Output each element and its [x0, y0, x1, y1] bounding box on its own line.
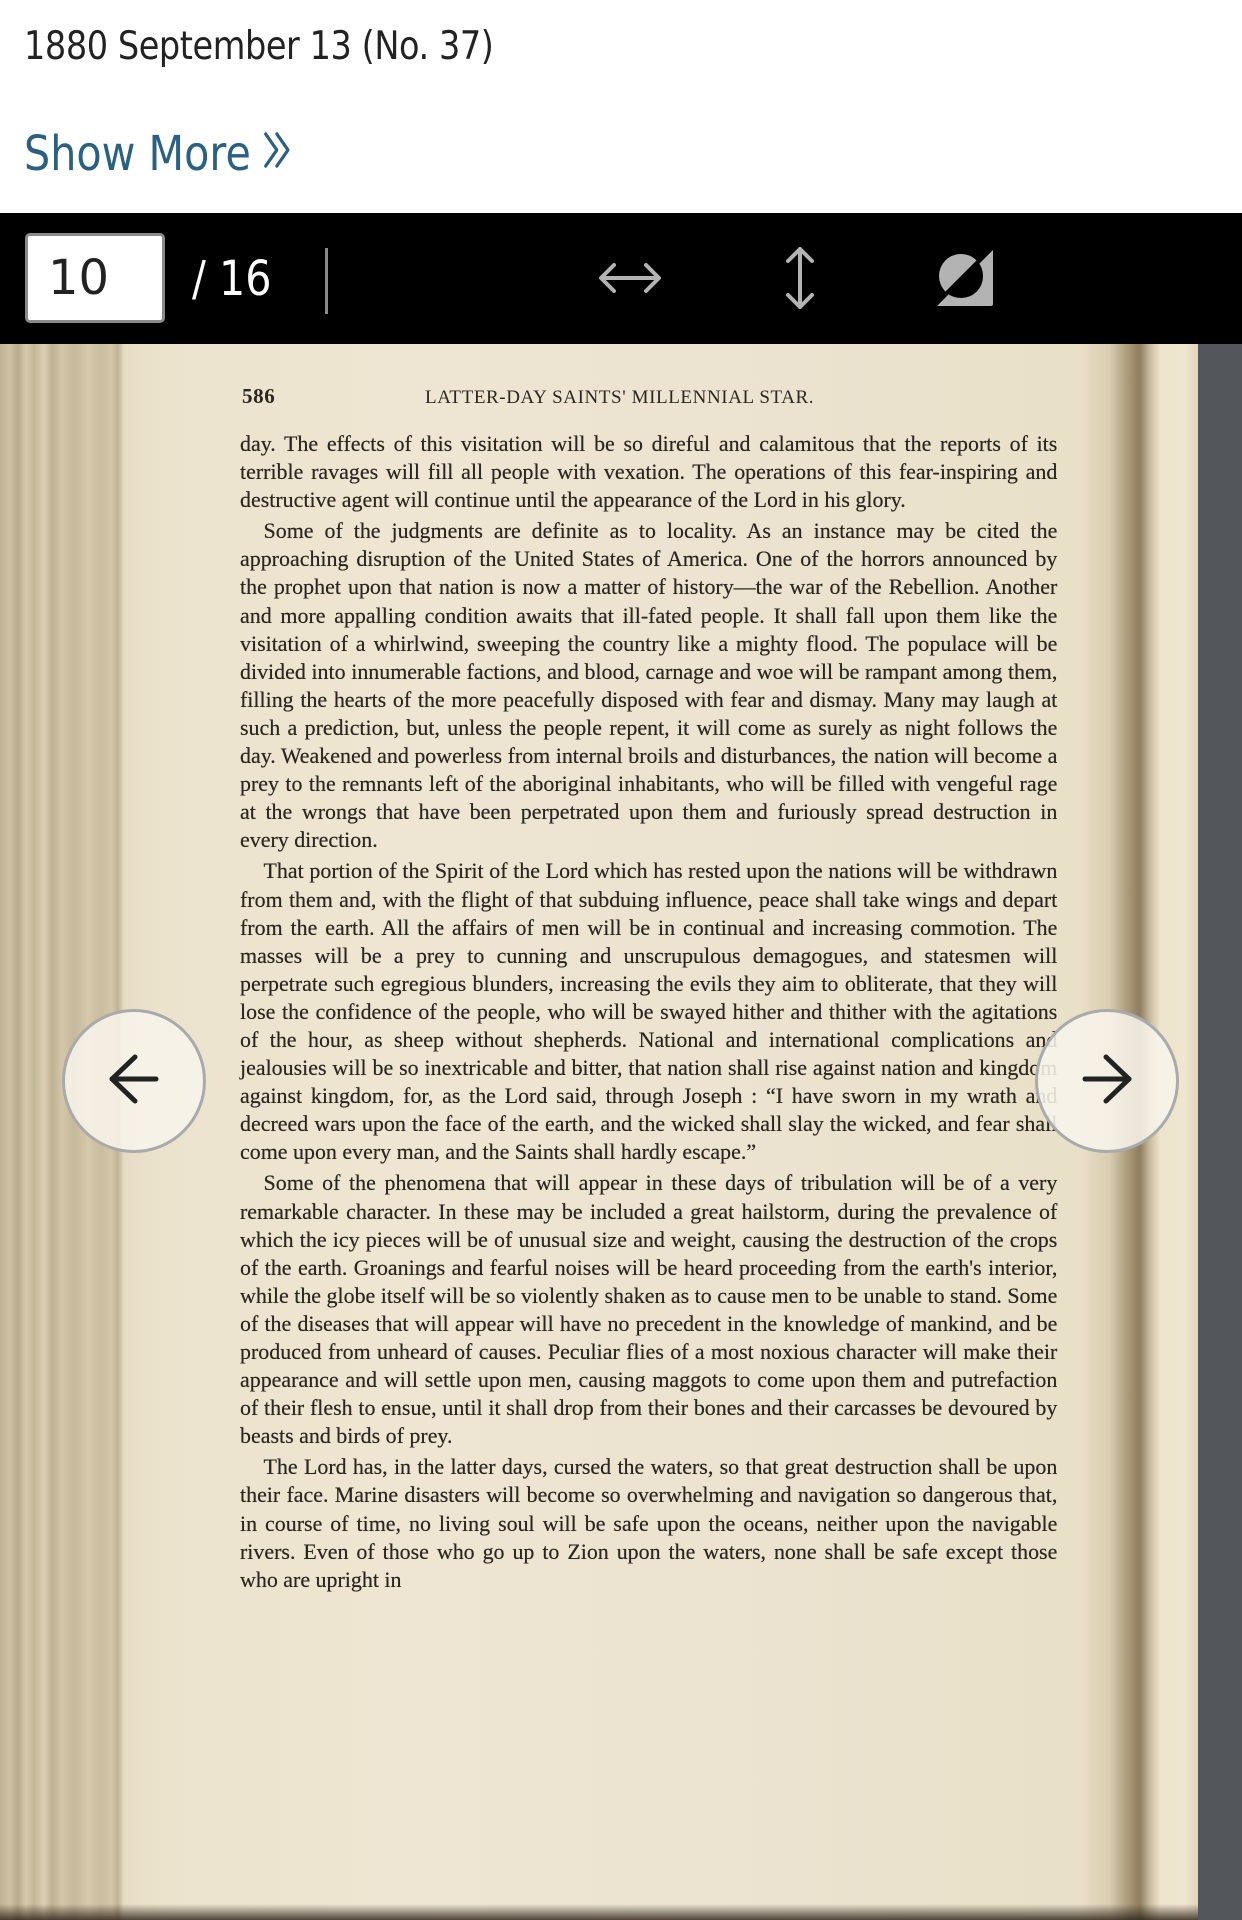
horizontal-arrows-icon — [597, 258, 663, 298]
viewer-scrollbar[interactable] — [1198, 344, 1242, 1920]
page-number: 586 — [242, 384, 275, 409]
viewer-toolbar: / 16 — [0, 213, 1242, 344]
paragraph: Some of the phenomena that will appear i… — [240, 1169, 1057, 1450]
running-head: 586 LATTER-DAY SAINTS' MILLENNIAL STAR. — [240, 384, 1058, 418]
arrow-left-icon — [106, 1053, 162, 1109]
paragraph: day. The effects of this visitation will… — [240, 430, 1057, 514]
total-pages-label: / 16 — [192, 251, 272, 307]
previous-page-button[interactable] — [62, 1009, 206, 1153]
arrow-right-icon — [1079, 1053, 1135, 1109]
show-more-link[interactable]: Show More — [24, 126, 292, 182]
paragraph: The Lord has, in the latter days, cursed… — [240, 1453, 1057, 1593]
double-chevron-right-icon — [263, 126, 292, 182]
next-page-button[interactable] — [1035, 1009, 1179, 1153]
show-through-text — [420, 344, 890, 368]
page-number-input[interactable] — [25, 233, 165, 323]
contrast-button[interactable] — [925, 238, 1005, 318]
show-more-label: Show More — [24, 126, 251, 182]
issue-header: 1880 September 13 (No. 37) Show More — [0, 0, 1242, 213]
fit-height-button[interactable] — [760, 238, 840, 318]
vertical-arrows-icon — [784, 245, 816, 311]
paragraph: That portion of the Spirit of the Lord w… — [240, 857, 1057, 1166]
running-title: LATTER-DAY SAINTS' MILLENNIAL STAR. — [425, 387, 814, 409]
contrast-icon — [935, 248, 995, 308]
toolbar-divider — [325, 248, 328, 314]
paragraph: Some of the judgments are definite as to… — [240, 517, 1057, 854]
page-content: 586 LATTER-DAY SAINTS' MILLENNIAL STAR. … — [240, 384, 1058, 1594]
fit-width-button[interactable] — [590, 238, 670, 318]
page-viewer[interactable]: 586 LATTER-DAY SAINTS' MILLENNIAL STAR. … — [0, 344, 1242, 1920]
issue-title: 1880 September 13 (No. 37) — [24, 24, 493, 69]
